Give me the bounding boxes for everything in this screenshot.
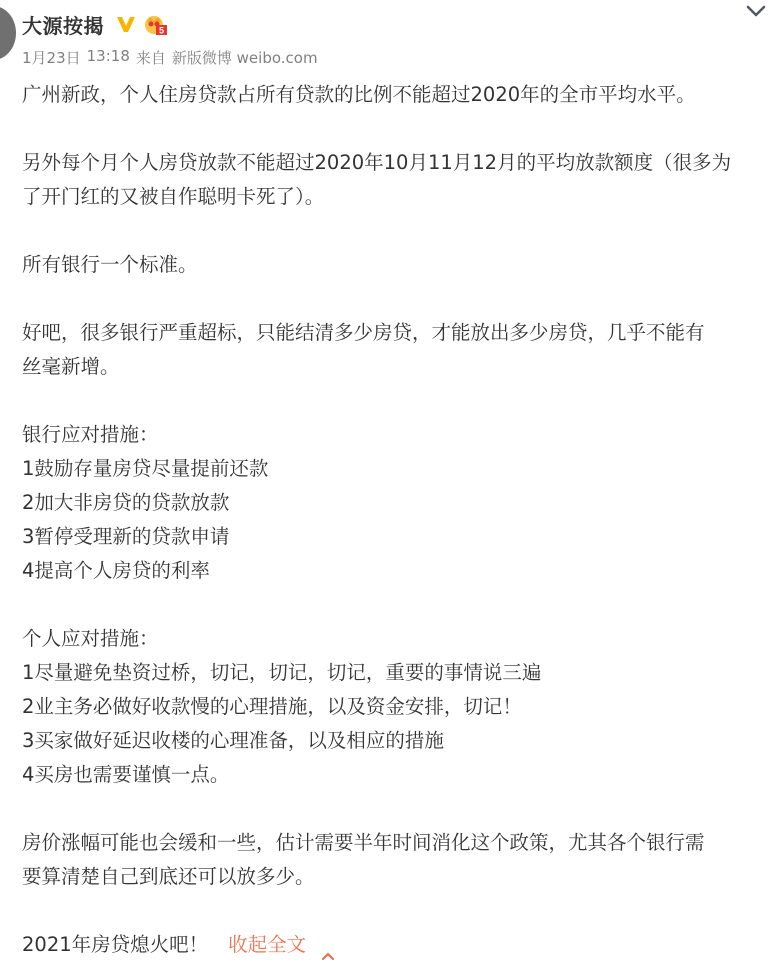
collapse-label[interactable]: 收起全文 bbox=[228, 928, 306, 962]
list-item: 4买房也需要谨慎一点。 bbox=[22, 763, 229, 786]
author-name[interactable]: 大源按揭 bbox=[22, 10, 104, 39]
source-prefix: 来自 bbox=[136, 47, 166, 68]
post-date[interactable]: 1月23日 bbox=[22, 47, 81, 68]
svg-text:5: 5 bbox=[159, 26, 164, 36]
list-item: 3暂停受理新的贷款申请 bbox=[22, 525, 229, 548]
list-item: 1鼓励存量房贷尽量提前还款 bbox=[22, 457, 268, 480]
vip-level-crown-icon[interactable]: 5 bbox=[142, 12, 168, 36]
text-line: 了开门红的又被自作聪明卡死了）。 bbox=[22, 185, 324, 208]
personal-measures: 个人应对措施： 1尽量避免垫资过桥，切记，切记，切记，重要的事情说三遍 2业主务… bbox=[22, 622, 767, 792]
paragraph-7: 房价涨幅可能也会缓和一些，估计需要半年时间消化这个政策，尤其各个银行需 要算清楚… bbox=[22, 826, 767, 894]
post-meta: 1月23日 13:18 来自 新版微博 weibo.com bbox=[22, 47, 318, 68]
text-line: 房价涨幅可能也会缓和一些，估计需要半年时间消化这个政策，尤其各个银行需 bbox=[22, 831, 705, 854]
bank-measures: 银行应对措施： 1鼓励存量房贷尽量提前还款 2加大非房贷的贷款放款 3暂停受理新… bbox=[22, 418, 767, 588]
text-line: 丝毫新增。 bbox=[22, 355, 120, 378]
verified-v-icon[interactable] bbox=[116, 14, 136, 34]
post-header: 大源按揭 5 1月23日 13:18 来自 新版微博 weibo.com bbox=[0, 0, 773, 74]
closing-text: 2021年房贷熄火吧！ bbox=[22, 928, 208, 962]
list-item: 2加大非房贷的贷款放款 bbox=[22, 491, 229, 514]
list-item: 3买家做好延迟收楼的心理准备，以及相应的措施 bbox=[22, 729, 444, 752]
closing-line: 2021年房贷熄火吧！ 收起全文 bbox=[22, 928, 767, 962]
collapse-full-text-link[interactable]: 收起全文 bbox=[228, 928, 336, 962]
text-line: 另外每个月个人房贷放款不能超过2020年10月11月12月的平均放款额度（很多为 bbox=[22, 151, 731, 174]
post-time[interactable]: 13:18 bbox=[87, 47, 130, 68]
text-line: 要算清楚自己到底还可以放多少。 bbox=[22, 865, 315, 888]
section-heading: 个人应对措施： bbox=[22, 627, 159, 650]
post-source[interactable]: 新版微博 weibo.com bbox=[172, 47, 318, 68]
text-line: 所有银行一个标准。 bbox=[22, 253, 198, 276]
section-heading: 银行应对措施： bbox=[22, 423, 159, 446]
paragraph-4: 好吧，很多银行严重超标，只能结清多少房贷，才能放出多少房贷，几乎不能有 丝毫新增… bbox=[22, 316, 767, 384]
chevron-up-icon[interactable] bbox=[320, 939, 336, 951]
text-line: 好吧，很多银行严重超标，只能结清多少房贷，才能放出多少房贷，几乎不能有 bbox=[22, 321, 705, 344]
list-item: 2业主务必做好收款慢的心理措施，以及资金安排，切记！ bbox=[22, 695, 522, 718]
list-item: 1尽量避免垫资过桥，切记，切记，切记，重要的事情说三遍 bbox=[22, 661, 541, 684]
paragraph-3: 所有银行一个标准。 bbox=[22, 248, 767, 282]
list-item: 4提高个人房贷的利率 bbox=[22, 559, 210, 582]
avatar[interactable] bbox=[0, 6, 16, 60]
text-line: 广州新政，个人住房贷款占所有贷款的比例不能超过2020年的全市平均水平。 bbox=[22, 83, 696, 106]
author-row: 大源按揭 5 bbox=[22, 10, 168, 38]
post-body: 广州新政，个人住房贷款占所有贷款的比例不能超过2020年的全市平均水平。 另外每… bbox=[22, 78, 767, 962]
paragraph-1: 广州新政，个人住房贷款占所有贷款的比例不能超过2020年的全市平均水平。 bbox=[22, 78, 767, 112]
chevron-down-icon[interactable] bbox=[745, 4, 767, 20]
paragraph-2: 另外每个月个人房贷放款不能超过2020年10月11月12月的平均放款额度（很多为… bbox=[22, 146, 767, 214]
